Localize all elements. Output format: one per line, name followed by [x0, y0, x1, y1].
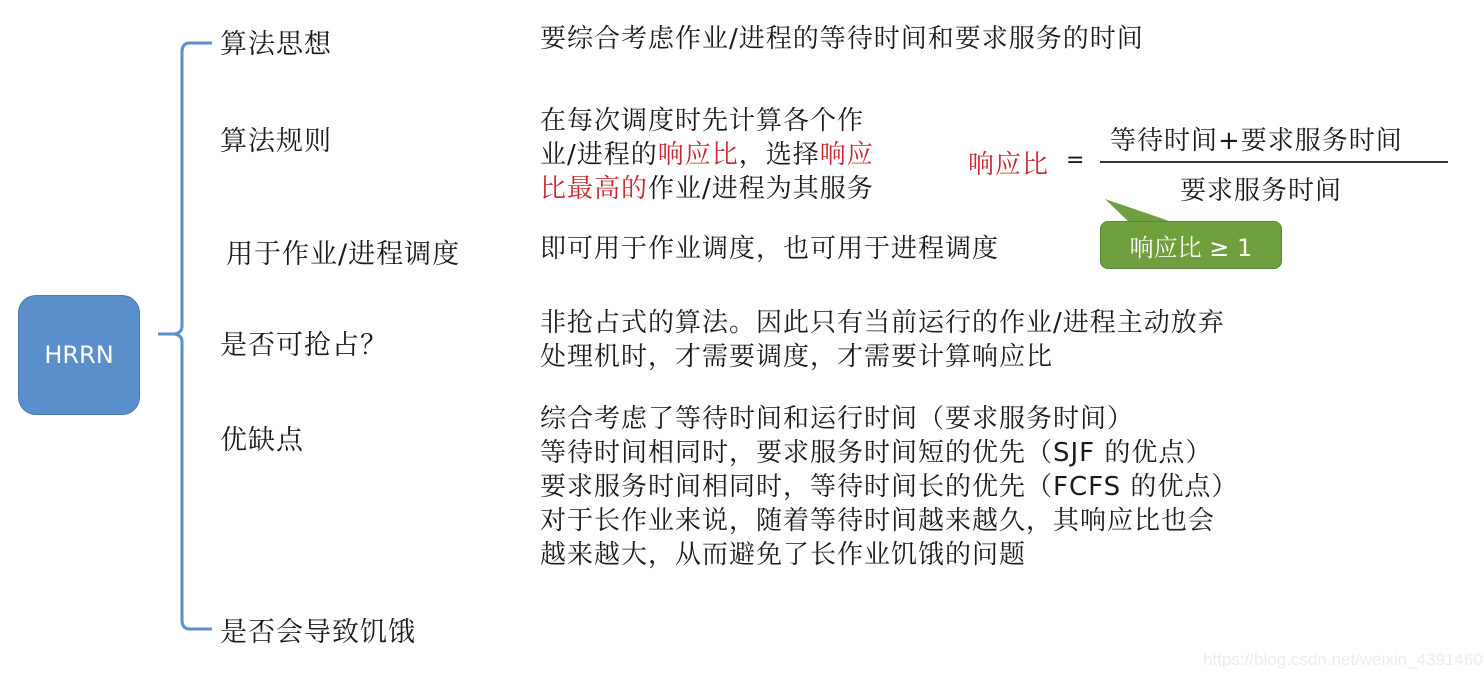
desc-line: 比最高的作业/进程为其服务	[540, 172, 874, 206]
text-segment: 在每次调度时先计算各个作	[540, 106, 864, 136]
branch-label-preemptive: 是否可抢占？	[220, 323, 388, 362]
desc-line: 要综合考虑作业/进程的等待时间和要求服务的时间	[540, 22, 1144, 56]
fraction-bar	[1100, 161, 1448, 163]
highlight-response-ratio: 响应比	[658, 140, 739, 170]
desc-line: 对于长作业来说，随着等待时间越来越久，其响应比也会	[540, 504, 1238, 538]
desc-idea: 要综合考虑作业/进程的等待时间和要求服务的时间	[540, 22, 1144, 56]
highlight-response: 响应	[820, 140, 874, 170]
desc-line: 业/进程的响应比，选择响应	[540, 138, 874, 172]
watermark: https://blog.csdn.net/weixin_43914604	[1203, 650, 1484, 670]
branch-label-pros-cons: 优缺点	[220, 418, 304, 457]
highlight-highest: 比最高的	[540, 174, 648, 204]
formula-lhs: 响应比	[968, 144, 1049, 181]
desc-rule: 在每次调度时先计算各个作 业/进程的响应比，选择响应 比最高的作业/进程为其服务	[540, 104, 874, 206]
desc-line: 在每次调度时先计算各个作	[540, 104, 874, 138]
formula-numerator: 等待时间+要求服务时间	[1110, 120, 1403, 157]
callout-response-ratio-ge-1: 响应比 ≥ 1	[1100, 221, 1282, 269]
desc-usage: 即可用于作业调度，也可用于进程调度	[540, 232, 999, 266]
branch-label-rule: 算法规则	[220, 119, 332, 158]
branch-label-usage: 用于作业/进程调度	[226, 232, 460, 271]
text-segment: 业/进程的	[540, 140, 658, 170]
root-label: HRRN	[44, 341, 113, 369]
brace-connector	[150, 30, 220, 640]
desc-line: 即可用于作业调度，也可用于进程调度	[540, 232, 999, 266]
text-segment: ，选择	[739, 140, 820, 170]
desc-preemptive: 非抢占式的算法。因此只有当前运行的作业/进程主动放弃 处理机时，才需要调度，才需…	[540, 306, 1225, 374]
desc-line: 处理机时，才需要调度，才需要计算响应比	[540, 340, 1225, 374]
desc-line: 要求服务时间相同时，等待时间长的优先（FCFS 的优点）	[540, 470, 1238, 504]
desc-line: 等待时间相同时，要求服务时间短的优先（SJF 的优点）	[540, 436, 1238, 470]
formula-denominator: 要求服务时间	[1180, 170, 1342, 207]
desc-line: 非抢占式的算法。因此只有当前运行的作业/进程主动放弃	[540, 306, 1225, 340]
branch-label-starvation: 是否会导致饥饿	[220, 610, 416, 649]
callout-text: 响应比 ≥ 1	[1130, 228, 1253, 263]
desc-line: 越来越大，从而避免了长作业饥饿的问题	[540, 538, 1238, 572]
root-node-hrrn: HRRN	[18, 295, 140, 415]
branch-label-idea: 算法思想	[220, 22, 332, 61]
desc-pros-cons: 综合考虑了等待时间和运行时间（要求服务时间） 等待时间相同时，要求服务时间短的优…	[540, 402, 1238, 572]
desc-line: 综合考虑了等待时间和运行时间（要求服务时间）	[540, 402, 1238, 436]
formula-equals: =	[1066, 148, 1084, 173]
text-segment: 作业/进程为其服务	[648, 174, 874, 204]
